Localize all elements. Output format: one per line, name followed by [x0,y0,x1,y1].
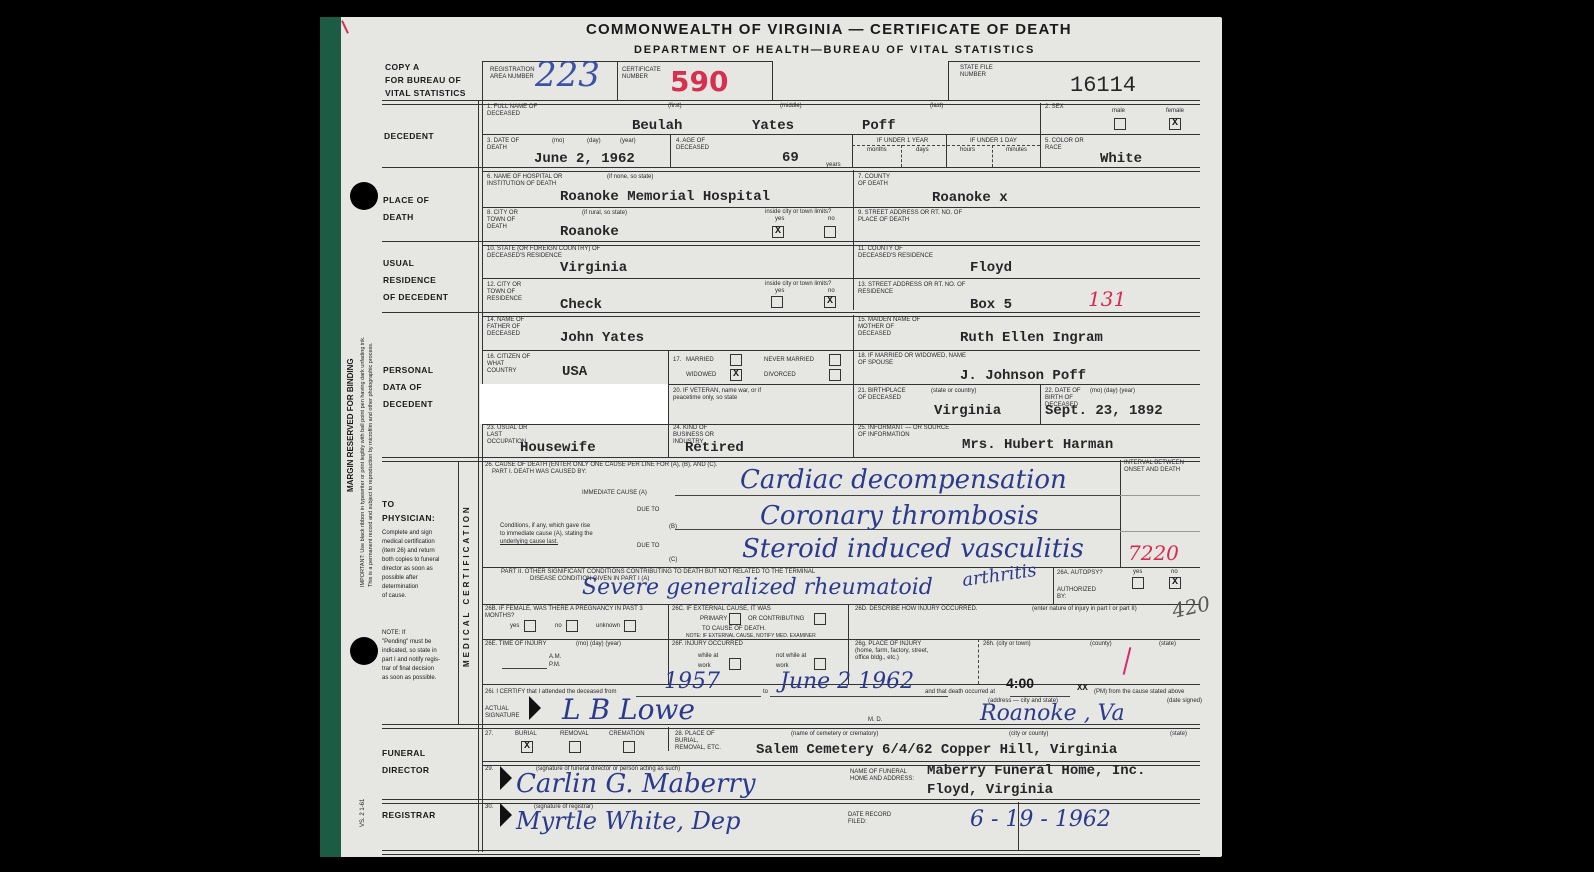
external-contributing-checkbox[interactable] [814,613,826,625]
last-name: Poff [862,118,896,134]
race: White [1100,151,1142,167]
married-checkbox[interactable] [730,354,742,366]
field-26h-label: 26h. (city or town) [983,641,1031,648]
funeral-director-signature: Carlin G. Maberry [516,769,756,799]
field-10-label: 10. STATE (OR FOREIGN COUNTRY) OF DECEAS… [487,246,607,260]
funeral-home-address: Floyd, Virginia [927,782,1053,798]
pending-note: NOTE: If"Pending" must beindicated, so s… [382,629,440,683]
autopsy-no-checkbox[interactable]: X [1169,577,1181,589]
date-record-filed: 6 - 19 - 1962 [970,807,1111,832]
field-20-label: 20. IF VETERAN, name war, or if peacetim… [673,388,763,402]
county-of-residence: Floyd [970,260,1012,276]
field-26g-label: 26g. PLACE OF INJURY (home, farm, factor… [855,641,935,662]
section-registrar: REGISTRAR [382,807,436,823]
field-26-label: 26. CAUSE OF DEATH (Enter only one cause… [485,462,717,469]
injury-at-work-checkbox[interactable] [729,658,741,670]
signature-arrow-funeral [500,766,512,790]
street-of-residence: Box 5 [970,297,1012,313]
death-inside-limits-yes-checkbox[interactable]: X [772,226,784,238]
burial-checkbox[interactable]: X [521,741,533,753]
citizenship: USA [562,364,587,380]
redacted-field-19 [480,384,668,424]
widowed-checkbox[interactable]: X [730,369,742,381]
medical-certification-label: MEDICAL CERTIFICATION [462,504,471,667]
field-14-label: 14. NAME OF FATHER OF DECEASED [487,317,532,338]
registrar-signature: Myrtle White, Dep [516,807,740,835]
field-11-label: 11. COUNTY OF DECEASED'S RESIDENCE [858,246,933,260]
signature-arrow-physician [529,696,541,720]
funeral-home-name: Maberry Funeral Home, Inc. [927,763,1145,779]
other-conditions: Severe generalized rheumatoid [582,575,933,600]
field-1-label: 1. FULL NAME OF DECEASED [487,104,547,118]
state-file-number: 16114 [1070,73,1136,98]
autopsy-label: 26a. AUTOPSY? [1057,570,1103,577]
field-3-label: 3. DATE OF DEATH [487,138,527,152]
registration-area-number: 223 [535,55,600,95]
section-to-physician: TOPHYSICIAN: [382,497,435,525]
section-usual-residence: USUALRESIDENCEOF DECEDENT [383,255,448,306]
hospital-name: Roanoke Memorial Hospital [560,189,770,205]
middle-name: Yates [752,118,794,134]
field-6-label: 6. NAME OF HOSPITAL OR INSTITUTION OF DE… [487,174,577,188]
occupation: Housewife [520,440,596,456]
divorced-checkbox[interactable] [829,369,841,381]
field-4-label: 4. AGE OF DECEASED [676,138,726,152]
field-7-label: 7. COUNTY OF DEATH [858,174,898,188]
field-9-label: 9. STREET ADDRESS OR RT. NO. OF PLACE OF… [858,210,968,224]
physician-instructions: Complete and signmedical certification(i… [382,529,439,601]
field-5-label: 5. COLOR OR RACE [1045,138,1085,152]
date-filed-label: DATE RECORD FILED: [848,812,898,826]
copy-label: COPY A FOR BUREAU OF VITAL STATISTICS [385,61,466,100]
margin-important-line2: This is a permanent record and subject t… [368,342,374,587]
field-21-label: 21. BIRTHPLACE OF DECEASED [858,388,908,402]
field-18-label: 18. IF MARRIED OR WIDOWED, NAME OF SPOUS… [858,353,968,367]
father-name: John Yates [560,330,644,346]
physician-signature: L B Lowe [562,693,695,726]
field-2-label: 2. SEX [1045,104,1064,111]
other-conditions-cont: arthritis [961,560,1038,591]
red-pencil-mark [1123,647,1132,675]
time-of-death: 4:00 [1006,675,1034,691]
first-name: Beulah [632,118,682,134]
autopsy-yes-checkbox[interactable] [1132,577,1144,589]
section-personal-data: PERSONALDATA OFDECEDENT [383,362,433,413]
city-of-death: Roanoke [560,224,619,240]
field-26e-label: 26e. TIME OF INJURY [485,641,546,648]
section-decedent: DECEDENT [384,128,434,144]
punch-hole-top [350,182,378,210]
ampm-struck: XX [1077,683,1088,693]
certificate-number-label: CERTIFICATE NUMBER [622,67,667,81]
certificate-title: COMMONWEALTH OF VIRGINIA — CERTIFICATE O… [586,21,1072,38]
margin-title: MARGIN RESERVED FOR BINDING [346,358,355,492]
field-26f-label: 26f. INJURY OCCURRED [672,641,743,648]
signature-arrow-registrar [500,803,512,827]
field-26b-label: 26b. IF FEMALE, WAS THERE A PREGNANCY IN… [485,606,670,620]
field-26c-label: 26c. IF EXTERNAL CAUSE, IT WAS [672,606,771,613]
registration-area-label: REGISTRATION AREA NUMBER [490,67,535,81]
business: Retired [685,440,744,456]
red-tick-mark [341,20,349,34]
residence-inside-limits-yes-checkbox[interactable] [771,296,783,308]
physician-address: Roanoke , Va [980,701,1125,726]
pregnancy-unknown-checkbox[interactable] [624,620,636,632]
field-16-label: 16. CITIZEN OF WHAT COUNTRY [487,354,532,375]
place-of-burial: Salem Cemetery 6/4/62 Copper Hill, Virgi… [756,742,1117,758]
field-15-label: 15. MAIDEN NAME OF MOTHER OF DECEASED [858,317,928,338]
age: 69 [782,150,799,166]
attended-from: 1957 [664,669,720,694]
date-of-birth: Sept. 23, 1892 [1045,403,1163,419]
cause-b: Coronary thrombosis [760,501,1038,531]
residence-inside-limits-no-checkbox[interactable]: X [824,296,836,308]
death-certificate-page: COMMONWEALTH OF VIRGINIA — CERTIFICATE O… [320,17,1222,857]
binding-strip [320,17,341,857]
state-file-label: STATE FILE NUMBER [960,65,1005,79]
certificate-number: 590 [670,65,728,98]
punch-hole-bottom [350,637,378,665]
state-of-residence: Virginia [560,260,627,276]
sex-female-checkbox[interactable]: X [1169,118,1181,130]
date-of-death: June 2, 1962 [534,151,635,167]
certificate-subtitle: DEPARTMENT OF HEALTH—BUREAU OF VITAL STA… [634,44,1035,56]
form-code: VS. 2 1-61 [360,799,366,827]
section-funeral-director: FUNERALDIRECTOR [382,745,429,779]
never-married-checkbox[interactable] [829,354,841,366]
margin-important-line1: IMPORTANT: Use black ribbon in typewrite… [360,337,366,587]
spouse-name: J. Johnson Poff [960,368,1086,384]
field-12-label: 12. CITY OR TOWN OF RESIDENCE [487,282,537,303]
interval-label: INTERVAL BETWEEN ONSET AND DEATH [1124,460,1194,474]
removal-checkbox[interactable] [569,741,581,753]
death-inside-limits-no-checkbox[interactable] [824,226,836,238]
birthplace: Virginia [934,403,1001,419]
residence-code: 131 [1088,287,1126,311]
cause-code: 7220 [1128,541,1179,565]
county-of-death: Roanoke x [932,190,1008,206]
attended-to: June 2 1962 [780,669,914,694]
pregnancy-yes-checkbox[interactable] [524,620,536,632]
field-26d-label: 26d. DESCRIBE HOW INJURY OCCURRED. [855,606,977,613]
field-28-label: 28. PLACE OF BURIAL, REMOVAL, ETC. [675,731,725,752]
conditions-note: Conditions, if any, which gave riseto im… [500,522,593,546]
field-13-label: 13. STREET ADDRESS OR RT. NO. OF RESIDEN… [858,282,968,296]
external-primary-checkbox[interactable] [729,613,741,625]
pregnancy-no-checkbox[interactable] [566,620,578,632]
cremation-checkbox[interactable] [623,741,635,753]
informant: Mrs. Hubert Harman [962,437,1113,453]
field-25-label: 25. INFORMANT — OR SOURCE OF INFORMATION [858,425,953,439]
mother-maiden-name: Ruth Ellen Ingram [960,330,1103,346]
margin-code-420: 420 [1170,591,1212,622]
field-8-label: 8. CITY OR TOWN OF DEATH [487,210,532,231]
city-of-residence: Check [560,297,602,313]
sex-male-checkbox[interactable] [1114,118,1126,130]
cause-a: Cardiac decompensation [740,465,1067,495]
funeral-home-label: NAME OF FUNERAL HOME AND ADDRESS: [850,769,920,783]
section-place-of-death: PLACE OFDEATH [383,192,429,226]
